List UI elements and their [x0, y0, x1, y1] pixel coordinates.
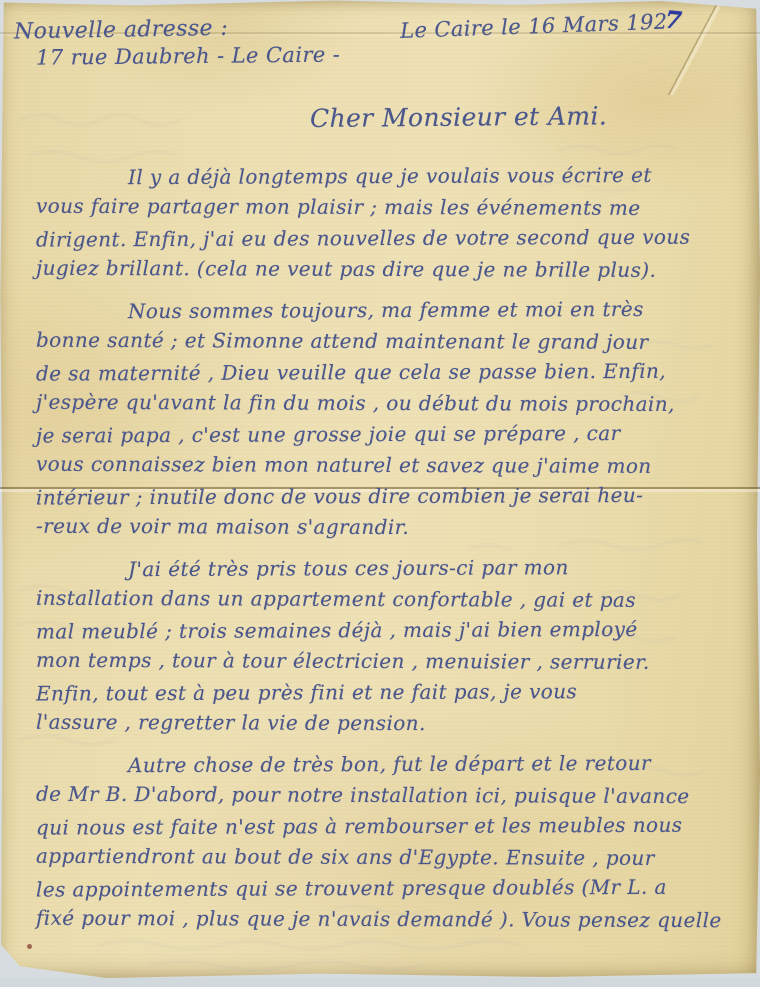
handwritten-line: -reux de voir ma maison s'agrandir. [36, 511, 746, 544]
handwritten-line: dirigent. Enfin, j'ai eu des nouvelles d… [36, 221, 746, 255]
paragraph: J'ai été très pris tous ces jours-ci par… [36, 553, 746, 739]
letter-header: Nouvelle adresse : 17 rue Daubreh - Le C… [0, 0, 760, 68]
handwritten-line: l'assure , regretter la vie de pension. [36, 707, 746, 740]
scan-background-strip [0, 978, 760, 987]
handwritten-line: vous faire partager mon plaisir ; mais l… [36, 191, 746, 224]
handwritten-line: fixé pour moi , plus que je n'avais dema… [36, 903, 746, 936]
letter-content: Nouvelle adresse : 17 rue Daubreh - Le C… [0, 0, 760, 979]
handwritten-line: Nous sommes toujours, ma femme et moi en… [36, 293, 746, 327]
handwritten-line: mal meublé ; trois semaines déjà , mais … [36, 613, 746, 647]
handwritten-line: intérieur ; inutile donc de vous dire co… [36, 479, 746, 513]
handwritten-line: bonne santé ; et Simonne attend maintena… [36, 325, 746, 358]
letter-body: Il y a déjà longtemps que je voulais vou… [36, 161, 746, 935]
handwritten-line: qui nous est faite n'est pas à rembourse… [36, 809, 746, 843]
handwritten-line: J'ai été très pris tous ces jours-ci par… [36, 551, 746, 585]
handwritten-line: jugiez brillant. (cela ne veut pas dire … [36, 253, 746, 286]
handwritten-line: les appointements qui se trouvent presqu… [36, 871, 746, 905]
handwritten-line: vous connaissez bien mon naturel et save… [36, 449, 746, 482]
handwritten-line: Enfin, tout est à peu près fini et ne fa… [36, 675, 746, 709]
handwritten-line: de Mr B. D'abord, pour notre installatio… [36, 779, 746, 812]
handwritten-line: installation dans un appartement confort… [36, 583, 746, 616]
paragraph: Nous sommes toujours, ma femme et moi en… [36, 295, 746, 543]
handwritten-line: je serai papa , c'est une grosse joie qu… [36, 417, 746, 451]
handwritten-line: Il y a déjà longtemps que je voulais vou… [36, 159, 746, 193]
handwritten-line: j'espère qu'avant la fin du mois , ou dé… [36, 387, 746, 420]
handwritten-line: mon temps , tour à tour électricien , me… [36, 645, 746, 678]
paragraph: Autre chose de très bon, fut le départ e… [36, 749, 746, 935]
year-correction: 7 [663, 5, 683, 36]
handwritten-line: appartiendront au bout de six ans d'Egyp… [36, 841, 746, 874]
salutation: Cher Monsieur et Ami. [310, 100, 760, 133]
handwritten-line: de sa maternité , Dieu veuille que cela … [36, 355, 746, 389]
paragraph: Il y a déjà longtemps que je voulais vou… [36, 161, 746, 285]
handwritten-line: Autre chose de très bon, fut le départ e… [36, 747, 746, 781]
